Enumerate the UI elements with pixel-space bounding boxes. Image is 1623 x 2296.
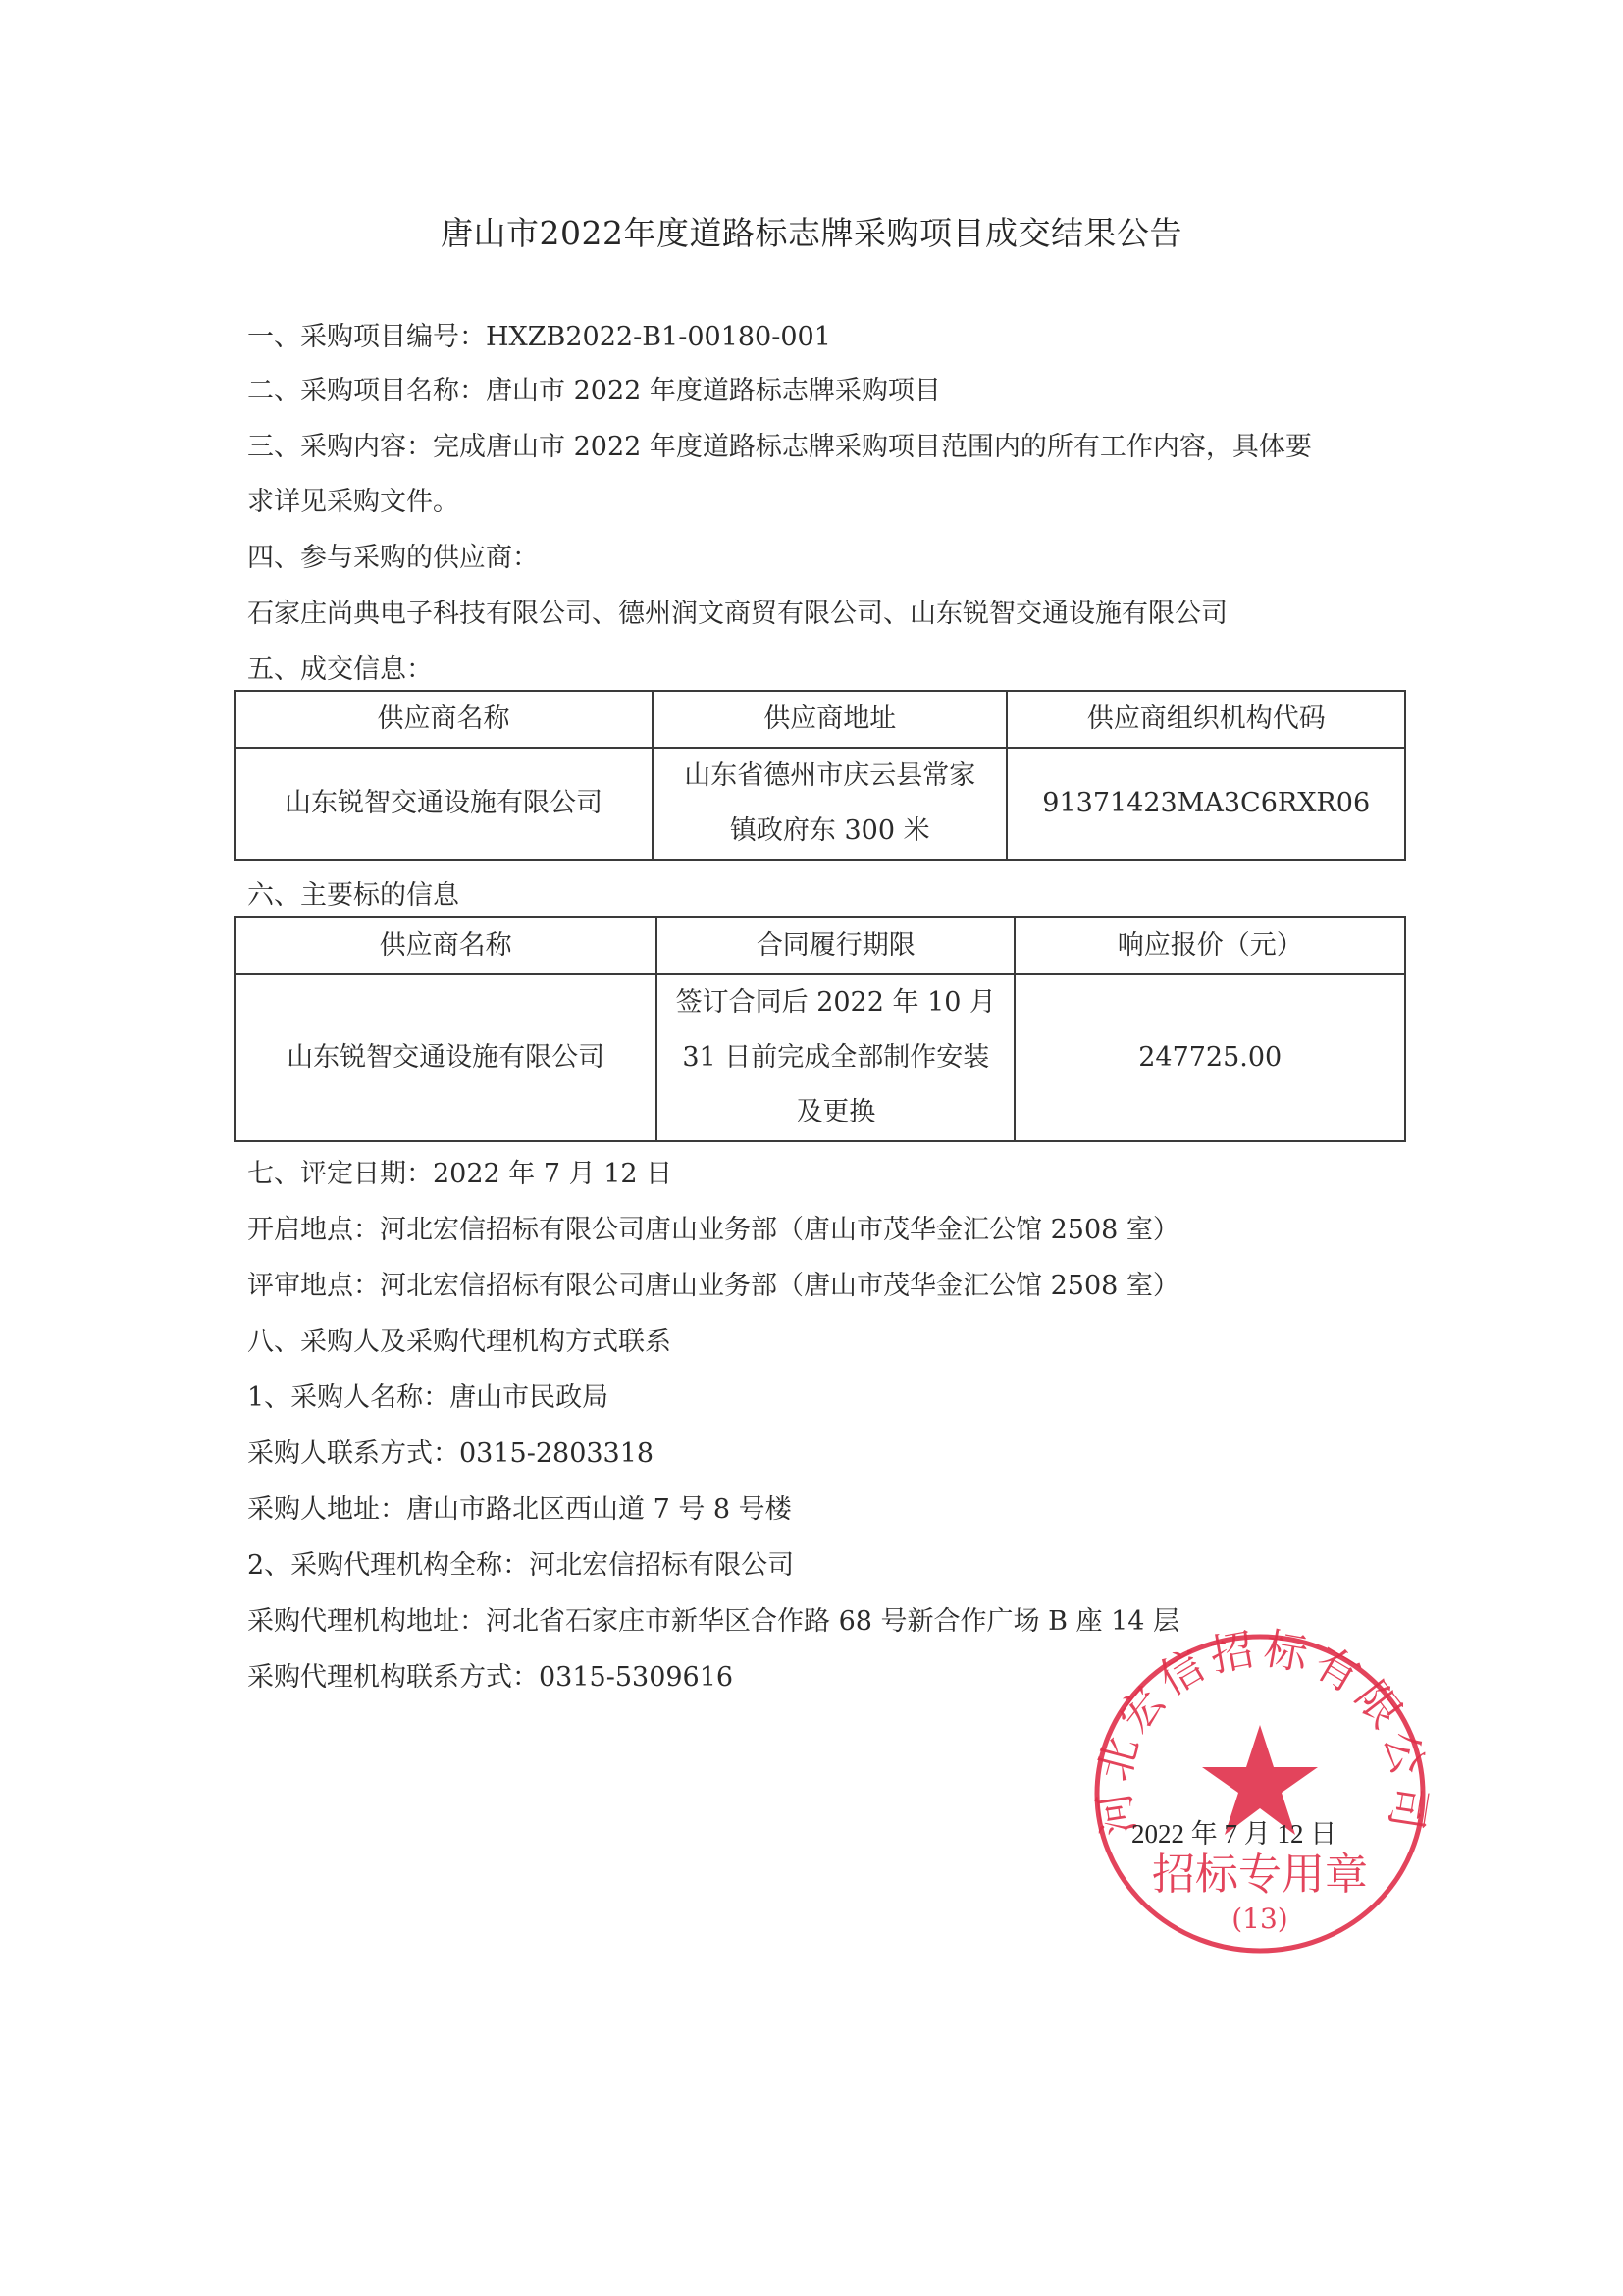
suppliers-heading: 四、参与采购的供应商： xyxy=(247,539,539,578)
term-line1: 签订合同后 2022 年 10 月 xyxy=(663,975,1008,1030)
purchaser-address: 采购人地址：唐山市路北区西山道 7 号 8 号楼 xyxy=(247,1490,792,1530)
header-supplier-name: 供应商名称 xyxy=(235,691,653,748)
subject-info-table: 供应商名称 合同履行期限 响应报价（元） 山东锐智交通设施有限公司 签订合同后 … xyxy=(234,916,1406,1142)
seal-number: (13) xyxy=(1231,1903,1287,1935)
procurement-content-line1: 三、采购内容：完成唐山市 2022 年度道路标志牌采购项目范围内的所有工作内容，… xyxy=(247,428,1312,467)
opening-location: 开启地点：河北宏信招标有限公司唐山业务部（唐山市茂华金汇公馆 2508 室） xyxy=(247,1211,1179,1250)
header-contract-term: 合同履行期限 xyxy=(656,917,1015,974)
cell-contract-term: 签订合同后 2022 年 10 月 31 日前完成全部制作安装 及更换 xyxy=(656,974,1015,1141)
official-seal: 河北宏信招标有限公司 招标专用章 (13) xyxy=(1092,1632,1428,1956)
agency-name: 2、采购代理机构全称：河北宏信招标有限公司 xyxy=(247,1546,794,1586)
header-quoted-price: 响应报价（元） xyxy=(1015,917,1405,974)
address-line2: 镇政府东 300 米 xyxy=(659,804,1000,859)
header-supplier-address: 供应商地址 xyxy=(653,691,1007,748)
signature-date: 2022 年 7 月 12 日 xyxy=(1131,1812,1336,1851)
review-location: 评审地点：河北宏信招标有限公司唐山业务部（唐山市茂华金汇公馆 2508 室） xyxy=(247,1267,1179,1306)
table-row: 山东锐智交通设施有限公司 山东省德州市庆云县常家 镇政府东 300 米 9137… xyxy=(235,748,1405,860)
term-line2: 31 日前完成全部制作安装 xyxy=(663,1030,1008,1085)
term-line3: 及更换 xyxy=(663,1085,1008,1140)
cell-supplier-address: 山东省德州市庆云县常家 镇政府东 300 米 xyxy=(653,748,1007,860)
project-number: 一、采购项目编号：HXZB2022-B1-00180-001 xyxy=(247,318,831,357)
agency-contact: 采购代理机构联系方式：0315-5309616 xyxy=(247,1658,733,1697)
subject-info-heading: 六、主要标的信息 xyxy=(247,876,459,915)
suppliers-list: 石家庄尚典电子科技有限公司、德州润文商贸有限公司、山东锐智交通设施有限公司 xyxy=(247,595,1228,634)
purchaser-contact: 采购人联系方式：0315-2803318 xyxy=(247,1435,654,1474)
table-header-row: 供应商名称 合同履行期限 响应报价（元） xyxy=(235,917,1405,974)
evaluation-date: 七、评定日期：2022 年 7 月 12 日 xyxy=(247,1155,672,1194)
contacts-heading: 八、采购人及采购代理机构方式联系 xyxy=(247,1323,671,1362)
cell-org-code: 91371423MA3C6RXR06 xyxy=(1007,748,1405,860)
cell-supplier-name: 山东锐智交通设施有限公司 xyxy=(235,974,656,1141)
address-line1: 山东省德州市庆云县常家 xyxy=(659,749,1000,804)
procurement-content-line2: 求详见采购文件。 xyxy=(247,483,459,522)
agency-address: 采购代理机构地址：河北省石家庄市新华区合作路 68 号新合作广场 B 座 14 … xyxy=(247,1602,1179,1642)
seal-bottom-text: 招标专用章 xyxy=(1152,1850,1368,1900)
cell-quoted-price: 247725.00 xyxy=(1015,974,1405,1141)
cell-supplier-name: 山东锐智交通设施有限公司 xyxy=(235,748,653,860)
document-title: 唐山市2022年度道路标志牌采购项目成交结果公告 xyxy=(0,208,1623,254)
deal-info-heading: 五、成交信息： xyxy=(247,651,433,690)
purchaser-name: 1、采购人名称：唐山市民政局 xyxy=(247,1379,608,1418)
announcement-page: 唐山市2022年度道路标志牌采购项目成交结果公告 一、采购项目编号：HXZB20… xyxy=(0,0,1623,2296)
header-supplier-name: 供应商名称 xyxy=(235,917,656,974)
deal-info-table: 供应商名称 供应商地址 供应商组织机构代码 山东锐智交通设施有限公司 山东省德州… xyxy=(234,690,1406,861)
table-header-row: 供应商名称 供应商地址 供应商组织机构代码 xyxy=(235,691,1405,748)
project-name: 二、采购项目名称：唐山市 2022 年度道路标志牌采购项目 xyxy=(247,372,941,411)
header-org-code: 供应商组织机构代码 xyxy=(1007,691,1405,748)
table-row: 山东锐智交通设施有限公司 签订合同后 2022 年 10 月 31 日前完成全部… xyxy=(235,974,1405,1141)
